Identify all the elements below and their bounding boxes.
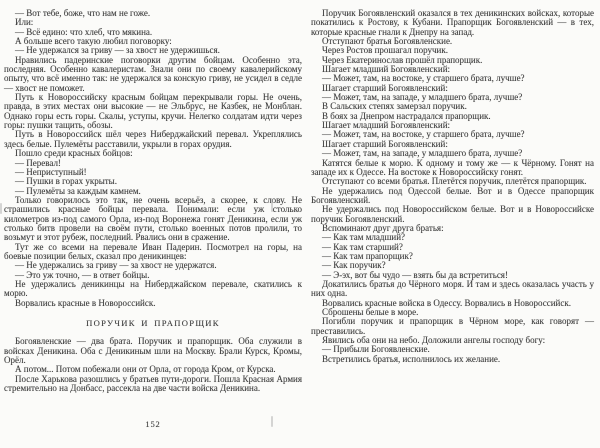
text-paragraph: — Вот тебе, боже, что нам не гоже. — [4, 9, 302, 18]
text-paragraph: Только говорилось это так, не очень всер… — [4, 196, 302, 243]
section-heading: ПОРУЧИК И ПРАПОРЩИК — [4, 319, 302, 328]
text-paragraph: Путь в Новороссийск шёл через Ниберджайс… — [4, 130, 302, 149]
text-paragraph: Погибли поручик и прапорщик в Чёрном мор… — [311, 317, 594, 336]
gutter-shadow-mark — [271, 416, 273, 427]
text-paragraph: Не удержались под Новороссийском белые. … — [311, 205, 594, 224]
left-page-text-column: — Вот тебе, боже, что нам не гоже.Или:— … — [4, 9, 302, 393]
text-paragraph: Нравились падеринские поговорки другим б… — [4, 56, 302, 93]
text-paragraph: После Харькова разошлись у братьев пути-… — [4, 375, 302, 394]
text-paragraph: Не удержались под Одессой белые. Вот и в… — [311, 187, 594, 206]
text-paragraph: Докатились братья до Чёрного моря. И там… — [311, 280, 594, 299]
book-scan: { "colors": { "paper": "#fbfbf9", "ink":… — [0, 0, 600, 448]
page-number: 152 — [4, 419, 302, 429]
text-paragraph: Богоявленские — два брата. Поручик и пра… — [4, 337, 302, 365]
text-paragraph: Путь к Новороссийску красным бойцам пере… — [4, 93, 302, 130]
gutter-shadow-mark — [271, 199, 273, 212]
text-paragraph: Тут же со всеми на перевале Иван Падерин… — [4, 243, 302, 262]
scan-artifact — [0, 203, 2, 214]
text-paragraph: Поручик Богоявленский оказался в тех ден… — [311, 9, 594, 37]
text-paragraph: Катятся белые к морю. К одному и тому же… — [311, 159, 594, 178]
right-page-text-column: Поручик Богоявленский оказался в тех ден… — [311, 9, 594, 364]
text-paragraph: Встретились братья, исполнилось их желан… — [311, 355, 594, 364]
text-paragraph: Ворвались красные в Новороссийск. — [4, 299, 302, 308]
text-paragraph: Не удержались деникинцы на Ниберджайском… — [4, 280, 302, 299]
